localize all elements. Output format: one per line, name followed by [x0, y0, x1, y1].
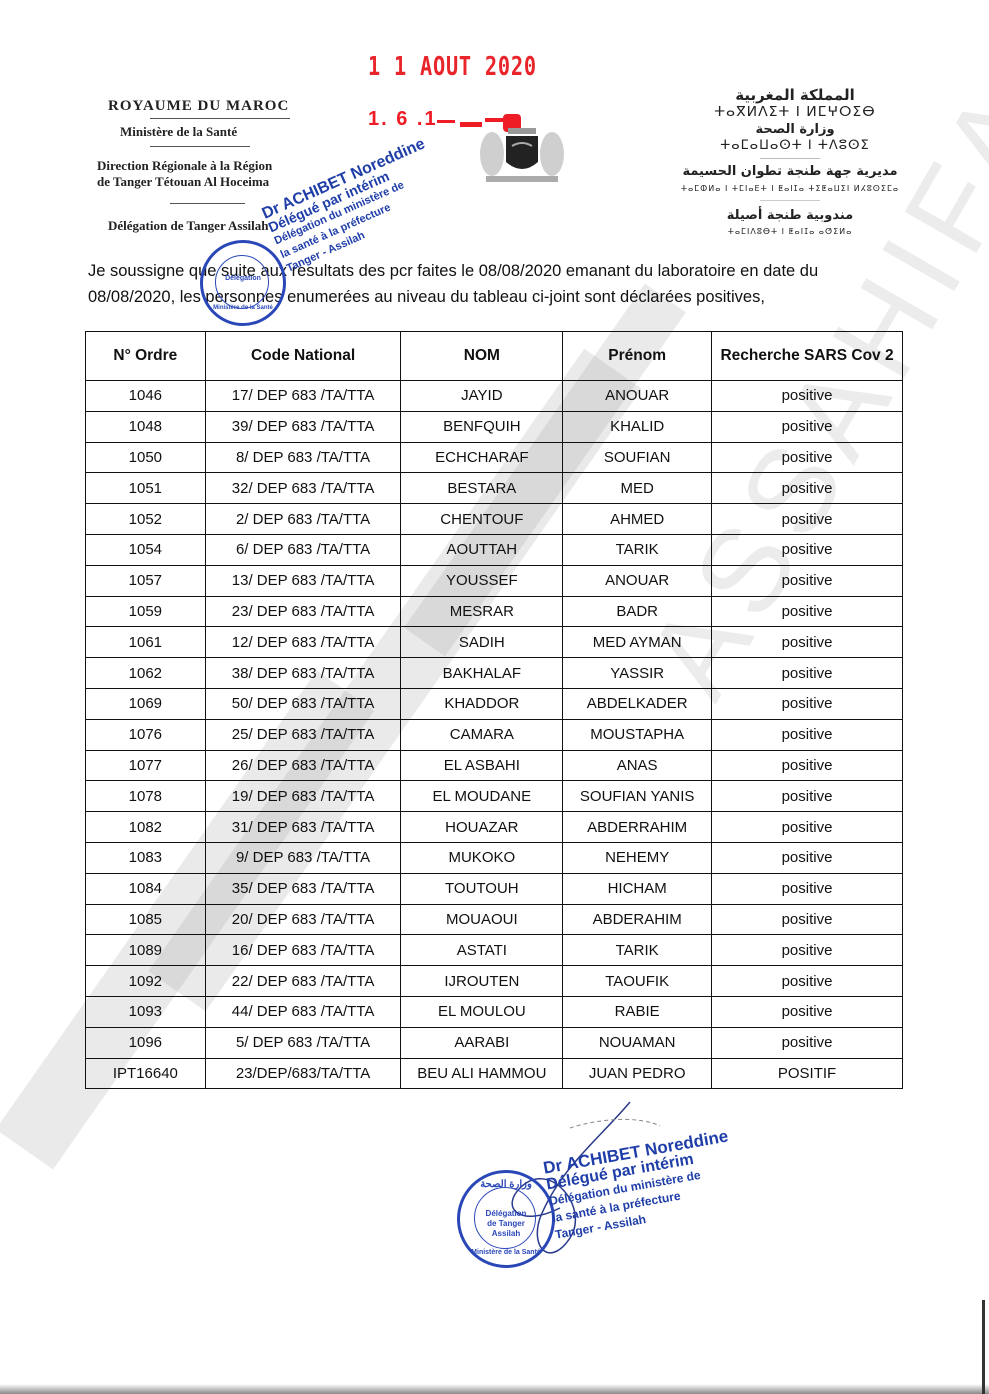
cell-code: 23/ DEP 683 /TA/TTA [205, 596, 401, 627]
cell-nom: ASTATI [401, 935, 563, 966]
cell-prenom: ANOUAR [563, 565, 712, 596]
cell-nom: ECHCHARAF [401, 442, 563, 473]
cell-code: 19/ DEP 683 /TA/TTA [205, 781, 401, 812]
table-header-row: N° Ordre Code National NOM Prénom Recher… [86, 332, 903, 381]
cell-code: 38/ DEP 683 /TA/TTA [205, 658, 401, 689]
cell-prenom: YASSIR [563, 658, 712, 689]
signature-stamp-top: Dr ACHIBET Noreddine Délégué par intérim… [260, 136, 452, 276]
cell-code: 12/ DEP 683 /TA/TTA [205, 627, 401, 658]
cell-prenom: SOUFIAN YANIS [563, 781, 712, 812]
delegation-title-ar: مندوبية طنجة أصيلة [660, 208, 920, 223]
cell-code: 2/ DEP 683 /TA/TTA [205, 504, 401, 535]
cell-result: positive [712, 381, 903, 412]
cell-result: positive [712, 688, 903, 719]
cell-ordre: 1062 [86, 658, 206, 689]
cell-prenom: RABIE [563, 996, 712, 1027]
number-stamp: 1. 6 .1 [368, 108, 438, 131]
table-row: 106950/ DEP 683 /TA/TTAKHADDORABDELKADER… [86, 688, 903, 719]
cell-prenom: ANOUAR [563, 381, 712, 412]
column-header-prenom: Prénom [563, 332, 712, 381]
cell-result: positive [712, 658, 903, 689]
direction-title-ar: مديرية جهة طنجة تطوان الحسيمة [660, 164, 920, 179]
cell-ordre: 1089 [86, 935, 206, 966]
divider [150, 146, 250, 147]
cell-ordre: 1046 [86, 381, 206, 412]
cell-prenom: TARIK [563, 534, 712, 565]
cell-result: positive [712, 596, 903, 627]
table-row: 108231/ DEP 683 /TA/TTAHOUAZARABDERRAHIM… [86, 812, 903, 843]
cell-prenom: NEHEMY [563, 842, 712, 873]
cell-nom: MUKOKO [401, 842, 563, 873]
ministry-title-ar: وزارة الصحة [680, 122, 910, 137]
cell-prenom: ABDERAHIM [563, 904, 712, 935]
direction-line2: de Tanger Tétouan Al Hoceima [97, 174, 269, 190]
cell-ordre: 1051 [86, 473, 206, 504]
cell-prenom: AHMED [563, 504, 712, 535]
cell-result: positive [712, 719, 903, 750]
cell-nom: BENFQUIH [401, 411, 563, 442]
cell-code: 26/ DEP 683 /TA/TTA [205, 750, 401, 781]
cell-code: 22/ DEP 683 /TA/TTA [205, 966, 401, 997]
kingdom-title: ROYAUME DU MAROC [108, 98, 289, 115]
divider [150, 118, 290, 119]
ministry-seal-bottom: وزارة الصحة Délégation de Tanger Assilah… [457, 1170, 555, 1268]
cell-nom: IJROUTEN [401, 966, 563, 997]
cell-code: 5/ DEP 683 /TA/TTA [205, 1027, 401, 1058]
cell-result: positive [712, 1027, 903, 1058]
red-stamp-mark [437, 120, 455, 123]
cell-result: positive [712, 873, 903, 904]
cell-ordre: 1085 [86, 904, 206, 935]
table-row: 108916/ DEP 683 /TA/TTAASTATITARIKpositi… [86, 935, 903, 966]
cell-prenom: MED AYMAN [563, 627, 712, 658]
table-row: 10965/ DEP 683 /TA/TTAAARABINOUAMANposit… [86, 1027, 903, 1058]
cell-code: 35/ DEP 683 /TA/TTA [205, 873, 401, 904]
cell-prenom: SOUFIAN [563, 442, 712, 473]
divider [760, 158, 820, 159]
cell-ordre: 1096 [86, 1027, 206, 1058]
cell-nom: TOUTOUH [401, 873, 563, 904]
scan-edge-bottom [0, 1384, 989, 1394]
table-row: 105132/ DEP 683 /TA/TTABESTARAMEDpositiv… [86, 473, 903, 504]
column-header-result: Recherche SARS Cov 2 [712, 332, 903, 381]
ministry-title-tif: ⵜⴰⵎⴰⵡⴰⵙⵜ ⵏ ⵜⴷⵓⵙⵉ [680, 138, 910, 153]
ministry-seal-top: Délégation Ministère de la Santé [200, 240, 286, 326]
cell-result: positive [712, 411, 903, 442]
cell-result: positive [712, 781, 903, 812]
cell-prenom: ABDELKADER [563, 688, 712, 719]
cell-nom: CHENTOUF [401, 504, 563, 535]
cell-ordre: 1077 [86, 750, 206, 781]
seal-bottom-text: Ministère de la Santé [203, 305, 283, 311]
table-row: IPT1664023/DEP/683/TA/TTABEU ALI HAMMOUJ… [86, 1058, 903, 1089]
cell-prenom: HICHAM [563, 873, 712, 904]
seal-top-text: وزارة الصحة [460, 1179, 552, 1190]
table-row: 108520/ DEP 683 /TA/TTAMOUAOUIABDERAHIMp… [86, 904, 903, 935]
cell-nom: MESRAR [401, 596, 563, 627]
cell-nom: BAKHALAF [401, 658, 563, 689]
cell-ordre: 1078 [86, 781, 206, 812]
cell-result: positive [712, 473, 903, 504]
divider [170, 203, 245, 204]
table-row: 107625/ DEP 683 /TA/TTACAMARAMOUSTAPHApo… [86, 719, 903, 750]
cell-nom: YOUSSEF [401, 565, 563, 596]
cell-ordre: 1048 [86, 411, 206, 442]
cell-prenom: JUAN PEDRO [563, 1058, 712, 1089]
cell-result: positive [712, 565, 903, 596]
cell-ordre: 1059 [86, 596, 206, 627]
cell-nom: JAYID [401, 381, 563, 412]
cell-result: positive [712, 904, 903, 935]
cell-code: 31/ DEP 683 /TA/TTA [205, 812, 401, 843]
cell-result: positive [712, 442, 903, 473]
cell-code: 23/DEP/683/TA/TTA [205, 1058, 401, 1089]
cell-prenom: NOUAMAN [563, 1027, 712, 1058]
kingdom-title-tif: ⵜⴰⴳⵍⴷⵉⵜ ⵏ ⵍⵎⵖⵔⵉⴱ [680, 104, 910, 120]
cell-ordre: 1052 [86, 504, 206, 535]
cell-nom: KHADDOR [401, 688, 563, 719]
table-row: 108435/ DEP 683 /TA/TTATOUTOUHHICHAMposi… [86, 873, 903, 904]
cell-result: positive [712, 996, 903, 1027]
cell-code: 6/ DEP 683 /TA/TTA [205, 534, 401, 565]
table-row: 106112/ DEP 683 /TA/TTASADIHMED AYMANpos… [86, 627, 903, 658]
cell-result: positive [712, 534, 903, 565]
direction-title-tif: ⵜⴰⵎⵀⵍⴰ ⵏ ⵜⵎⵏⴰⴹⵜ ⵏ ⵟⴰⵏⵊⴰ ⵜⵉⵟⴰⵡⵉⵏ ⵍⵃⵓⵙⵉⵎⴰ [660, 184, 920, 193]
cell-result: positive [712, 966, 903, 997]
cell-ordre: 1083 [86, 842, 206, 873]
divider [760, 200, 820, 201]
cell-code: 13/ DEP 683 /TA/TTA [205, 565, 401, 596]
table-row: 10508/ DEP 683 /TA/TTAECHCHARAFSOUFIANpo… [86, 442, 903, 473]
delegation-title: Délégation de Tanger Assilah [108, 218, 268, 234]
cell-code: 32/ DEP 683 /TA/TTA [205, 473, 401, 504]
table-row: 109222/ DEP 683 /TA/TTAIJROUTENTAOUFIKpo… [86, 966, 903, 997]
cell-code: 39/ DEP 683 /TA/TTA [205, 411, 401, 442]
cell-prenom: MED [563, 473, 712, 504]
cell-nom: AOUTTAH [401, 534, 563, 565]
cell-ordre: 1082 [86, 812, 206, 843]
seal-center-text: Assilah [460, 1229, 552, 1238]
table-row: 10522/ DEP 683 /TA/TTACHENTOUFAHMEDposit… [86, 504, 903, 535]
cell-code: 25/ DEP 683 /TA/TTA [205, 719, 401, 750]
column-header-code: Code National [205, 332, 401, 381]
cell-ordre: 1057 [86, 565, 206, 596]
cell-ordre: 1092 [86, 966, 206, 997]
cell-result: positive [712, 627, 903, 658]
cell-result: positive [712, 935, 903, 966]
cell-code: 50/ DEP 683 /TA/TTA [205, 688, 401, 719]
table-row: 10546/ DEP 683 /TA/TTAAOUTTAHTARIKpositi… [86, 534, 903, 565]
kingdom-title-ar: المملكة المغربية [680, 86, 910, 104]
table-row: 104839/ DEP 683 /TA/TTABENFQUIHKHALIDpos… [86, 411, 903, 442]
cell-prenom: TARIK [563, 935, 712, 966]
cell-prenom: MOUSTAPHA [563, 719, 712, 750]
cell-result: positive [712, 842, 903, 873]
cell-code: 20/ DEP 683 /TA/TTA [205, 904, 401, 935]
cell-result: POSITIF [712, 1058, 903, 1089]
cell-code: 17/ DEP 683 /TA/TTA [205, 381, 401, 412]
column-header-nom: NOM [401, 332, 563, 381]
cell-ordre: 1076 [86, 719, 206, 750]
cell-prenom: TAOUFIK [563, 966, 712, 997]
direction-line1: Direction Régionale à la Région [97, 158, 272, 174]
cell-nom: BESTARA [401, 473, 563, 504]
cell-result: positive [712, 504, 903, 535]
table-row: 106238/ DEP 683 /TA/TTABAKHALAFYASSIRpos… [86, 658, 903, 689]
cell-prenom: BADR [563, 596, 712, 627]
cell-code: 44/ DEP 683 /TA/TTA [205, 996, 401, 1027]
seal-bottom-text: Ministère de la Santé [460, 1249, 552, 1256]
cell-nom: EL ASBAHI [401, 750, 563, 781]
column-header-ordre: N° Ordre [86, 332, 206, 381]
table-row: 10839/ DEP 683 /TA/TTAMUKOKONEHEMYpositi… [86, 842, 903, 873]
cell-ordre: 1054 [86, 534, 206, 565]
cell-nom: BEU ALI HAMMOU [401, 1058, 563, 1089]
cell-nom: EL MOUDANE [401, 781, 563, 812]
table-row: 105713/ DEP 683 /TA/TTAYOUSSEFANOUARposi… [86, 565, 903, 596]
cell-ordre: IPT16640 [86, 1058, 206, 1089]
cell-prenom: KHALID [563, 411, 712, 442]
cell-result: positive [712, 750, 903, 781]
cell-code: 9/ DEP 683 /TA/TTA [205, 842, 401, 873]
scan-edge-right [982, 1300, 985, 1394]
cell-result: positive [712, 812, 903, 843]
cell-ordre: 1084 [86, 873, 206, 904]
cell-prenom: ANAS [563, 750, 712, 781]
seal-center-text: de Tanger [460, 1219, 552, 1228]
cell-code: 16/ DEP 683 /TA/TTA [205, 935, 401, 966]
cell-nom: SADIH [401, 627, 563, 658]
cell-ordre: 1093 [86, 996, 206, 1027]
table-row: 107819/ DEP 683 /TA/TTAEL MOUDANESOUFIAN… [86, 781, 903, 812]
coat-of-arms-icon [472, 118, 572, 190]
delegation-title-tif: ⵜⴰⵎⵏⴷⵓⴱⵜ ⵏ ⵟⴰⵏⵊⴰ ⴰⵚⵉⵍⴰ [660, 227, 920, 236]
cell-ordre: 1061 [86, 627, 206, 658]
cell-prenom: ABDERRAHIM [563, 812, 712, 843]
cell-nom: AARABI [401, 1027, 563, 1058]
cell-ordre: 1069 [86, 688, 206, 719]
cell-nom: CAMARA [401, 719, 563, 750]
cell-ordre: 1050 [86, 442, 206, 473]
ministry-title: Ministère de la Santé [120, 124, 237, 140]
table-row: 105923/ DEP 683 /TA/TTAMESRARBADRpositiv… [86, 596, 903, 627]
table-row: 109344/ DEP 683 /TA/TTAEL MOULOURABIEpos… [86, 996, 903, 1027]
seal-center-text: Délégation [460, 1209, 552, 1218]
table-row: 107726/ DEP 683 /TA/TTAEL ASBAHIANASposi… [86, 750, 903, 781]
cell-code: 8/ DEP 683 /TA/TTA [205, 442, 401, 473]
seal-center-text: Délégation [203, 275, 283, 282]
results-table: N° Ordre Code National NOM Prénom Recher… [85, 331, 903, 1089]
cell-nom: EL MOULOU [401, 996, 563, 1027]
date-stamp: 1 1 AOUT 2020 [368, 52, 537, 82]
table-row: 104617/ DEP 683 /TA/TTAJAYIDANOUARpositi… [86, 381, 903, 412]
cell-nom: MOUAOUI [401, 904, 563, 935]
cell-nom: HOUAZAR [401, 812, 563, 843]
